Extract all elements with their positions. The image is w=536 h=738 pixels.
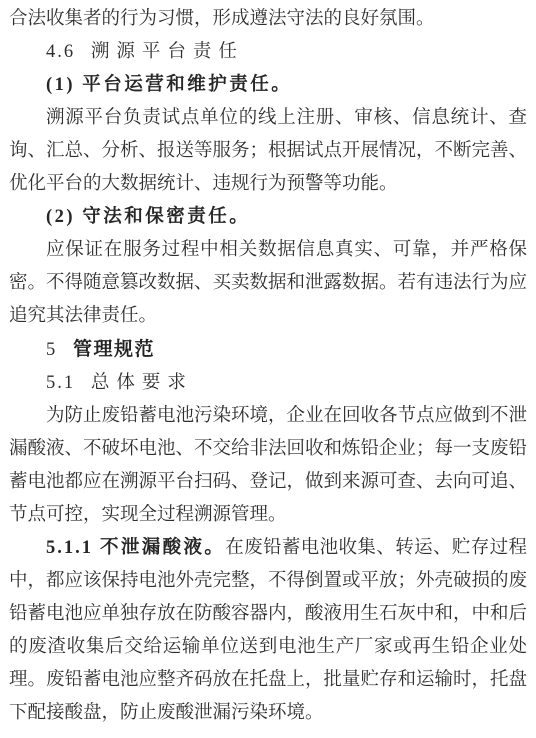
item-1-heading: (1) 平台运营和维护责任。: [9, 69, 527, 102]
item-2-heading: (2) 守法和保密责任。: [9, 201, 527, 234]
continuation-paragraph: 合法收集者的行为习惯，形成遵法守法的良好氛围。: [9, 3, 527, 36]
section-title-5-1: 总体要求: [91, 373, 193, 393]
section-title-4-6: 溯源平台责任: [91, 42, 244, 62]
section-heading-4-6: 4.6溯源平台责任: [9, 36, 527, 69]
section-5-1-body: 为防止废铅蓄电池污染环境，企业在回收各节点应做到不泄漏酸液、不破坏电池、不交给非…: [9, 400, 527, 532]
section-number-4-6: 4.6: [46, 42, 75, 62]
item-2-body: 应保证在服务过程中相关数据信息真实、可靠，并严格保密。不得随意篡改数据、买卖数据…: [9, 234, 527, 333]
section-title-5: 管理规范: [73, 339, 155, 360]
document-page: 合法收集者的行为习惯，形成遵法守法的良好氛围。 4.6溯源平台责任 (1) 平台…: [0, 0, 536, 738]
section-heading-5-1: 5.1总体要求: [9, 367, 527, 400]
clause-5-1-1-body: 在废铅蓄电池收集、转运、贮存过程中，都应该保持电池外壳完整，不得倒置或平放；外壳…: [9, 538, 527, 723]
clause-5-1-1-lead: 5.1.1 不泄漏酸液。: [46, 538, 225, 558]
section-number-5: 5: [46, 340, 57, 360]
section-heading-5: 5管理规范: [9, 333, 527, 367]
section-number-5-1: 5.1: [46, 373, 75, 393]
clause-5-1-1-paragraph: 5.1.1 不泄漏酸液。在废铅蓄电池收集、转运、贮存过程中，都应该保持电池外壳完…: [9, 532, 527, 730]
item-1-body: 溯源平台负责试点单位的线上注册、审核、信息统计、查询、汇总、分析、报送等服务；根…: [9, 102, 527, 201]
